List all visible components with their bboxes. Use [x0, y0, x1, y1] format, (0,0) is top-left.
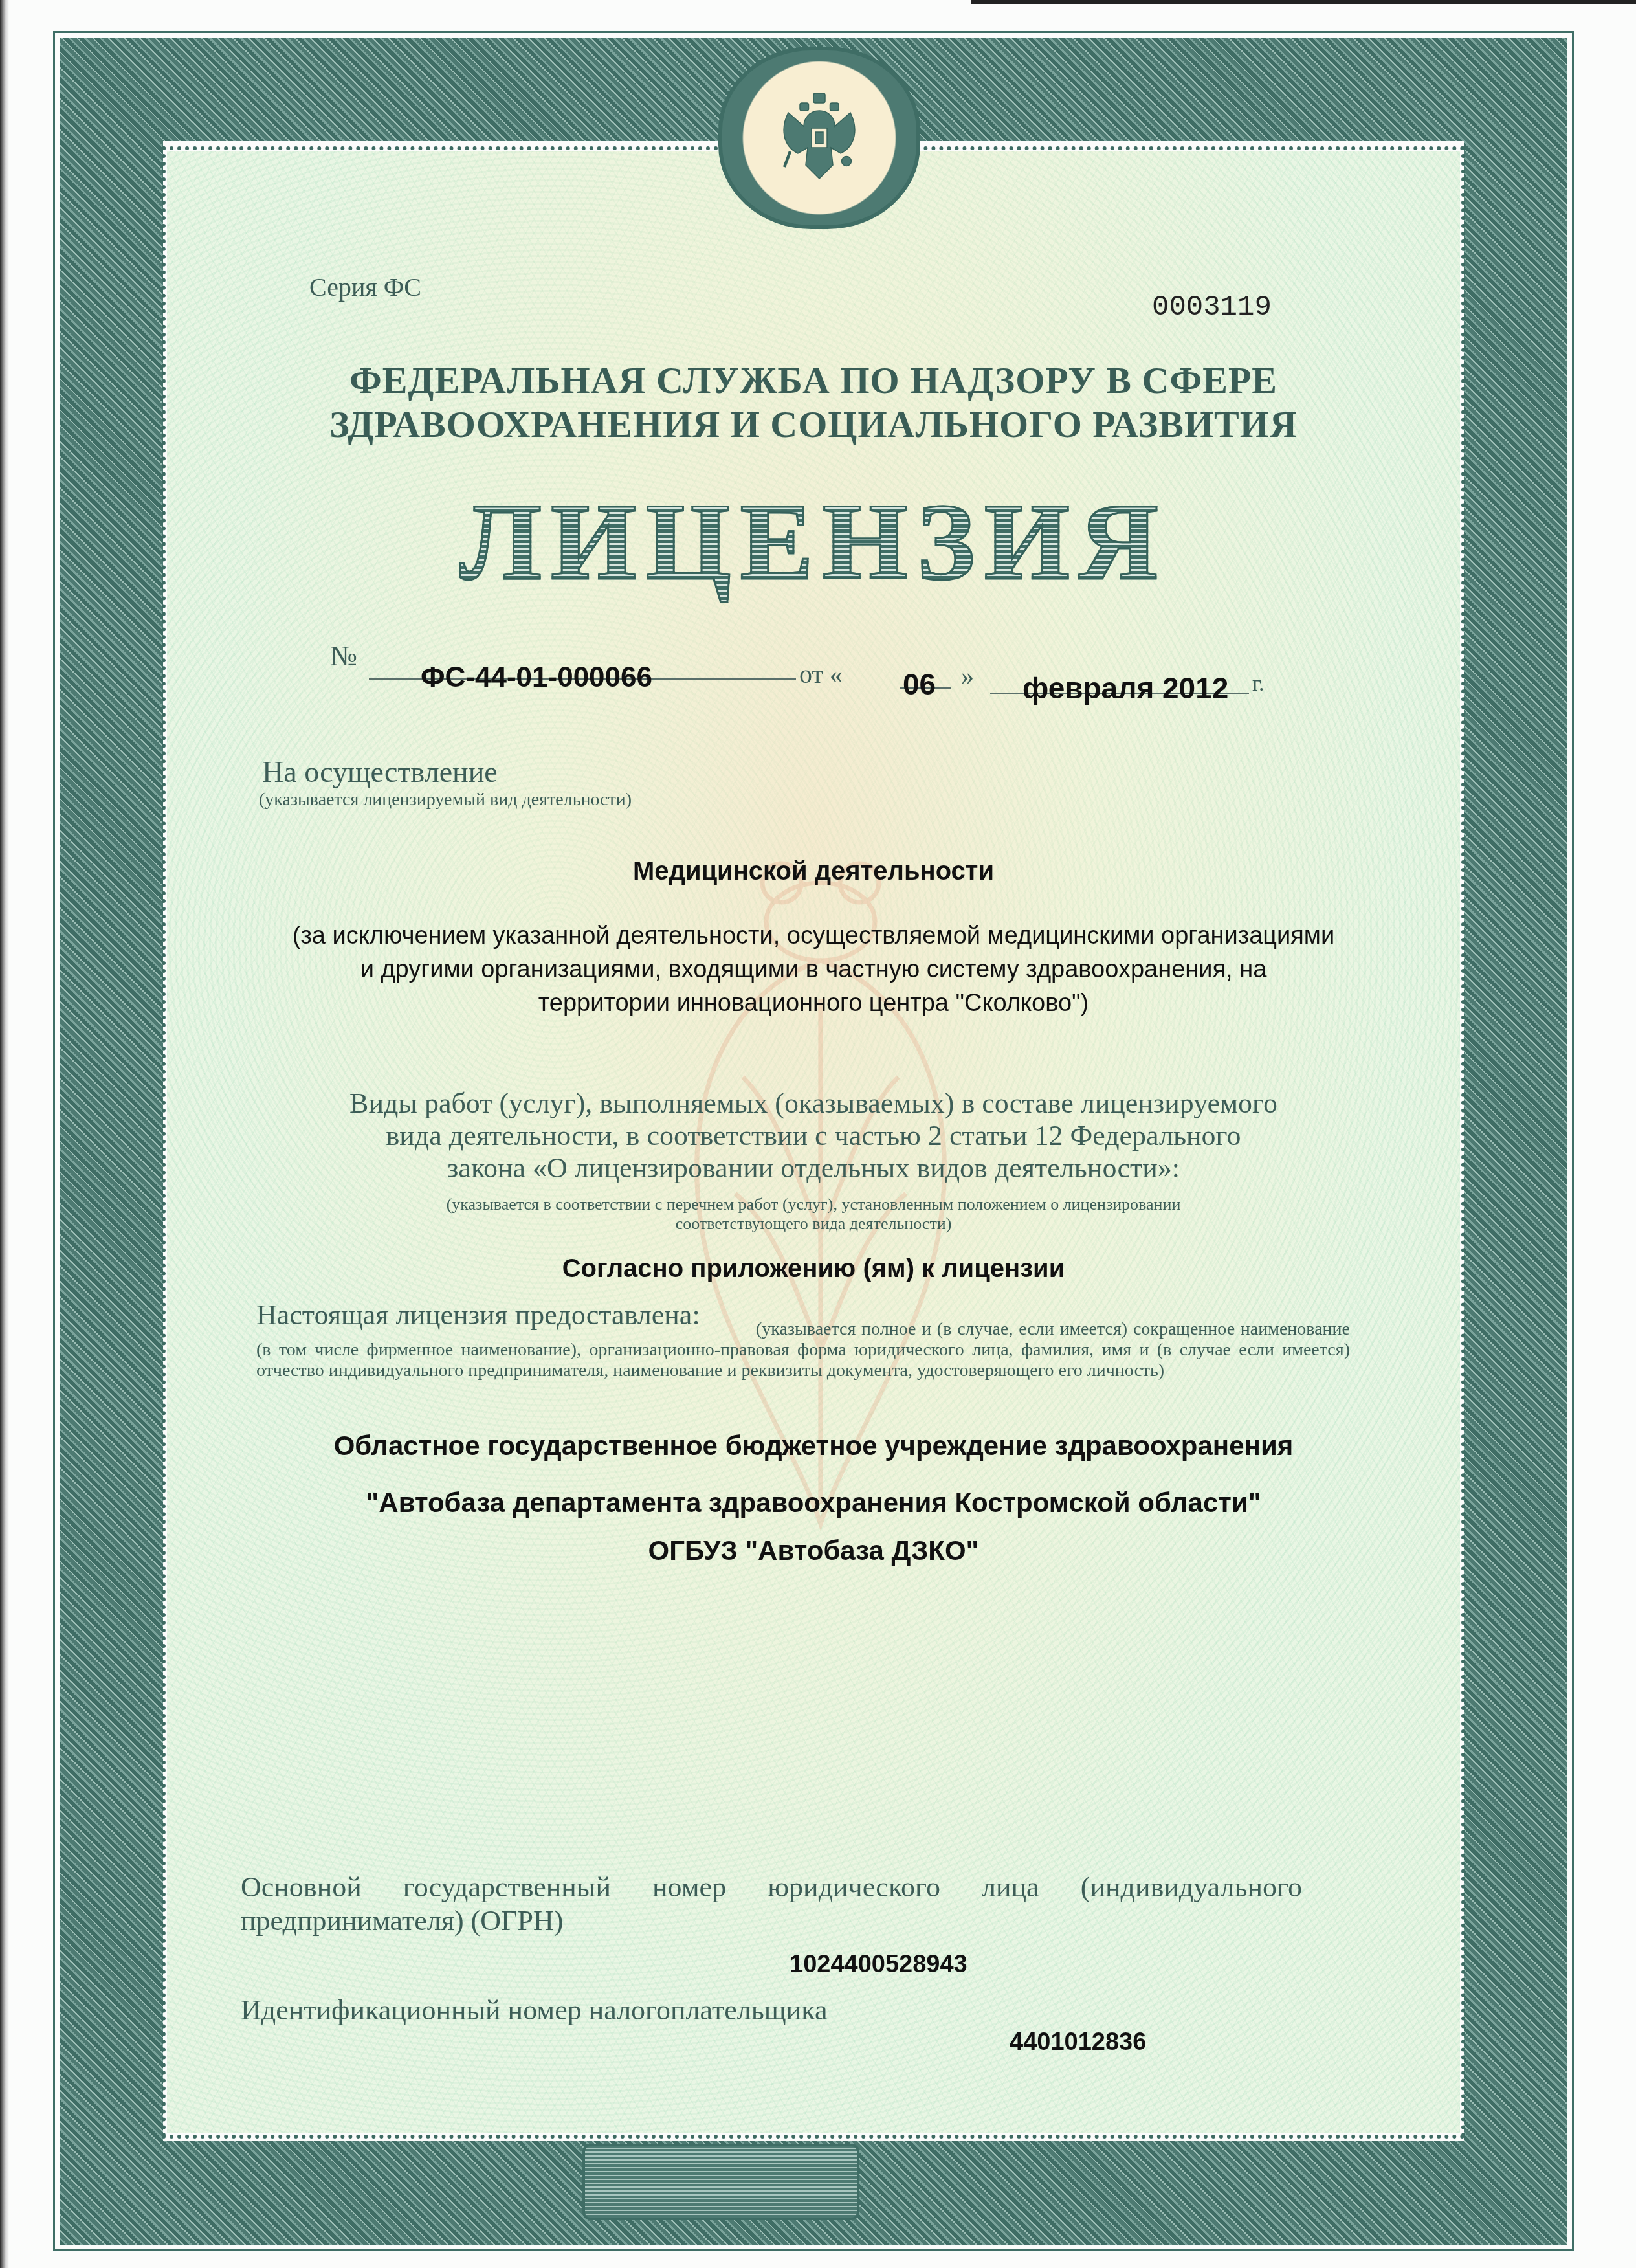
inn-label: Идентификационный номер налогоплательщик…	[241, 1994, 827, 2027]
exception-line: и другими организациями, входящими в час…	[167, 953, 1460, 986]
grantee-hint: (указывается полное и (в случае, если им…	[256, 1319, 1350, 1381]
year-suffix: г.	[1252, 672, 1265, 696]
license-number: ФС-44-01-000066	[421, 661, 652, 694]
bottom-cartouche	[582, 2144, 859, 2220]
activity-label: На осуществление	[262, 755, 498, 789]
agency-name-line-1: ФЕДЕРАЛЬНАЯ СЛУЖБА ПО НАДЗОРУ В СФЕРЕ	[167, 359, 1460, 402]
agency-name-line-2: ЗДРАВООХРАНЕНИЯ И СОЦИАЛЬНОГО РАЗВИТИЯ	[167, 403, 1460, 446]
coat-of-arms-medallion	[718, 47, 920, 229]
ogrn-value: 1024400528943	[790, 1951, 967, 1979]
exception-line: территории инновационного центра "Сколко…	[167, 986, 1460, 1020]
russian-double-headed-eagle-icon	[771, 89, 868, 186]
organization-quoted-name: "Автобаза департамента здравоохранения К…	[167, 1487, 1460, 1518]
activity-hint: (указывается лицензируемый вид деятельно…	[259, 790, 632, 810]
blank-number: 0003119	[1152, 291, 1272, 324]
works-hint-line: (указывается в соответствии с перечнем р…	[167, 1195, 1460, 1214]
activity-exception: (за исключением указанной деятельности, …	[167, 919, 1460, 1020]
organization-full-name: Областное государственное бюджетное учре…	[167, 1430, 1460, 1462]
scan-edge-shadow	[0, 0, 9, 2268]
ogrn-label: Основной государственный номер юридическ…	[241, 1871, 1302, 1938]
date-from-label: от «	[799, 659, 843, 689]
works-label-line: Виды работ (услуг), выполняемых (оказыва…	[167, 1087, 1460, 1120]
exception-line: (за исключением указанной деятельности, …	[167, 919, 1460, 953]
works-label: Виды работ (услуг), выполняемых (оказыва…	[167, 1087, 1460, 1184]
works-hint: (указывается в соответствии с перечнем р…	[167, 1195, 1460, 1234]
license-day: 06	[903, 667, 936, 702]
works-value: Согласно приложению (ям) к лицензии	[167, 1254, 1460, 1284]
inn-value: 4401012836	[1010, 2029, 1146, 2056]
organization-short-name: ОГБУЗ "Автобаза ДЗКО"	[167, 1535, 1460, 1566]
document-title: ЛИЦЕНЗИЯ	[167, 479, 1460, 605]
activity-value: Медицинской деятельности	[167, 857, 1460, 886]
date-quote-close: »	[961, 660, 974, 691]
works-label-line: вида деятельности, в соответствии с част…	[167, 1120, 1460, 1152]
works-hint-line: соответствующего вида деятельности)	[167, 1214, 1460, 1234]
license-month-year: февраля 2012	[1022, 671, 1228, 706]
scan-top-edge	[971, 0, 1636, 4]
series-label: Серия ФС	[309, 272, 421, 302]
number-sign: №	[330, 639, 357, 673]
works-label-line: закона «О лицензировании отдельных видов…	[167, 1152, 1460, 1184]
